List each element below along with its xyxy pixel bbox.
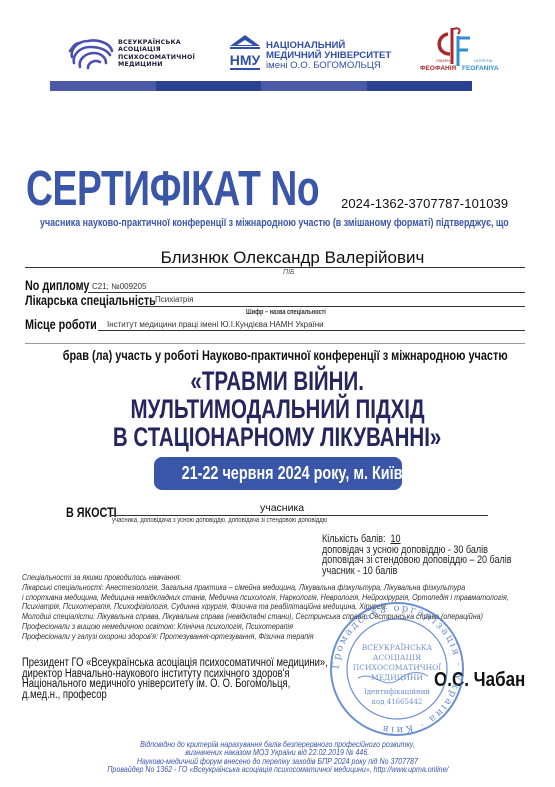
name-caption: ПІБ (283, 269, 295, 276)
role-underline (110, 515, 488, 516)
nmu-logo-text: НАЦІОНАЛЬНИЙ МЕДИЧНИЙ УНІВЕРСИТЕТ імені … (266, 41, 391, 72)
nmu-building-icon: НМУ (229, 34, 261, 72)
specialty-value: Психіатрія (155, 295, 194, 304)
svg-text:ПСИХОСОМАТИЧНОЇ: ПСИХОСОМАТИЧНОЇ (353, 663, 442, 672)
workplace-value: Інститут медицини праці імені Ю.І.Кундіє… (107, 320, 324, 329)
strip-segment (156, 81, 262, 91)
svg-text:код 41665442: код 41665442 (372, 698, 423, 706)
upma-line: АСОЦІАЦІЯ (118, 46, 195, 53)
date-place-badge: 21-22 червня 2024 року, м. Київ (154, 457, 402, 490)
date-place-text: 21-22 червня 2024 року, м. Київ (182, 457, 403, 490)
participation-text: брав (ла) участь у роботі Науково-практи… (63, 347, 508, 363)
svg-text:ЛІКАРНЯ: ЛІКАРНЯ (436, 58, 453, 63)
feofaniya-logo-icon: ЛІКАРНЯ ФЕОФАНІЯ HOSPITAL FEOFANIYA (418, 24, 510, 74)
signatory-position: Президент ГО «Всеукраїнська асоціація пс… (22, 658, 328, 700)
certificate-subtitle: учасника науково-практичної конференції … (40, 217, 509, 229)
workplace-label: Місце роботи (25, 317, 97, 332)
specialty-label: Лікарська спеціальність (25, 293, 156, 308)
conference-title: «ТРАВМИ ВІЙНИ. МУЛЬТИМОДАЛЬНИЙ ПІДХІД В … (0, 367, 555, 451)
footer-notes: Відповідно до критеріїв нарахування балі… (0, 740, 555, 773)
diploma-label: No диплому (25, 278, 89, 293)
strip-segment (50, 81, 156, 91)
svg-text:HOSPITAL: HOSPITAL (474, 58, 494, 63)
conference-title-line: В СТАЦІОНАРНОМУ ЛІКУВАННІ» (113, 423, 441, 451)
signatory-line: д.мед.н., професор (22, 690, 328, 701)
svg-text:Ідентифікаційний: Ідентифікаційний (364, 688, 430, 696)
conference-title-line: МУЛЬТИМОДАЛЬНИЙ ПІДХІД (130, 395, 424, 423)
svg-text:НМУ: НМУ (230, 52, 261, 68)
role-caption: учасника, доповідача з усною доповіддю, … (112, 517, 327, 524)
name-underline (25, 267, 525, 268)
points-rule: доповідач зі стендовою доповіддю – 20 ба… (322, 555, 512, 566)
points-block: Кількість балів:10 доповідач з усною доп… (322, 534, 512, 576)
svg-text:АСОЦІАЦІЯ: АСОЦІАЦІЯ (373, 653, 421, 662)
brain-logo-icon (66, 35, 116, 71)
specialty-underline (138, 306, 525, 307)
strip-segment (261, 81, 367, 91)
role-label: В ЯКОСТІ (66, 505, 117, 520)
svg-text:ВСЕУКРАЇНСЬКА: ВСЕУКРАЇНСЬКА (362, 643, 433, 652)
workplace-underline (98, 330, 525, 331)
certificate-title: СЕРТИФІКАТ No (26, 163, 319, 215)
upma-logo-text: ВСЕУКРАЇНСЬКА АСОЦІАЦІЯ ПСИХОСОМАТИЧНОЇ … (118, 39, 195, 68)
footer-line: Провайдер No 1362 - ГО «Всеукраїнська ас… (107, 765, 448, 773)
certificate-number: 2024-1362-3707787-101039 (341, 196, 508, 211)
header-color-strip (50, 81, 472, 91)
conference-title-line: «ТРАВМИ ВІЙНИ. (191, 367, 365, 395)
strip-segment (367, 81, 473, 91)
upma-line: ПСИХОСОМАТИЧНОЇ (118, 54, 195, 61)
role-value: учасника (260, 502, 304, 514)
signatory-line: Президент ГО «Всеукраїнська асоціація пс… (22, 658, 328, 669)
certificate-page: ВСЕУКРАЇНСЬКА АСОЦІАЦІЯ ПСИХОСОМАТИЧНОЇ … (0, 0, 555, 787)
svg-text:FEOFANIYA: FEOFANIYA (462, 65, 499, 72)
upma-line: МЕДИЦИНИ (118, 61, 195, 68)
section-divider (25, 343, 525, 344)
official-stamp-icon: Громадська організація · Україна · Київ … (328, 600, 466, 738)
signatory-line: Національного медичного університету ім.… (22, 679, 328, 690)
svg-text:ФЕОФАНІЯ: ФЕОФАНІЯ (420, 65, 457, 72)
participation-statement: брав (ла) участь у роботі Науково-практи… (0, 347, 555, 363)
participant-name: Близнюк Олександр Валерійович (0, 248, 555, 268)
diploma-value: C21; №009205 (92, 282, 146, 291)
upma-line: ВСЕУКРАЇНСЬКА (118, 39, 195, 46)
specialty-caption: Шифр – назва спеціальності (246, 309, 326, 316)
nmu-line: імені О.О. БОГОМОЛЬЦЯ (266, 61, 391, 71)
